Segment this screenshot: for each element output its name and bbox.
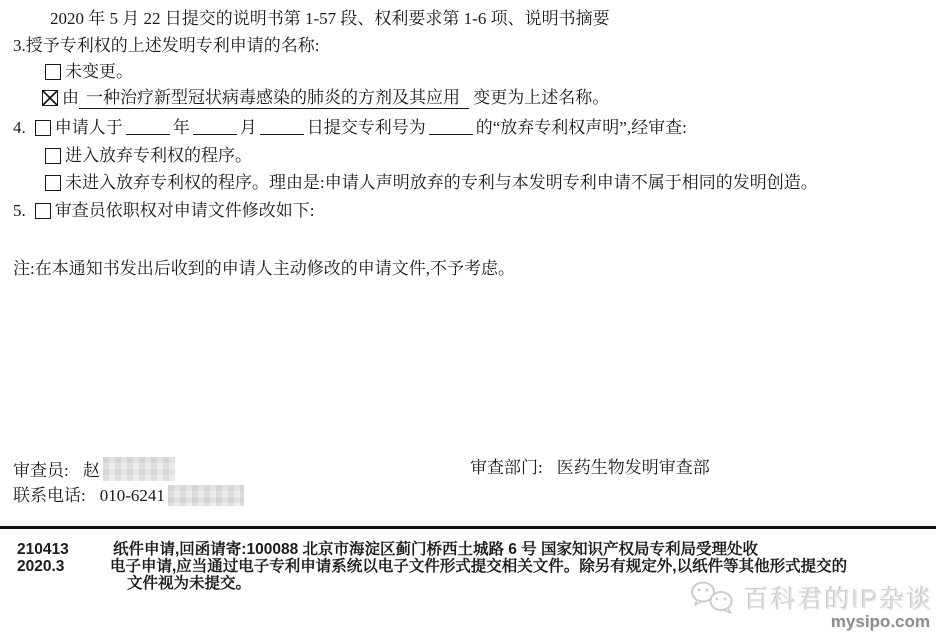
item5-line: 5.审查员依职权对申请文件修改如下: [13, 200, 314, 222]
item3-heading: 3.授予专利权的上述发明专利申请的名称: [13, 35, 319, 57]
electronic-filing-line2: 文件视为未提交。 [127, 573, 251, 595]
item4-option-enter: 进入放弃专利权的程序。 [45, 145, 252, 167]
item4-seg-month: 月 [240, 118, 257, 137]
watermark-brand: 百科君的IP杂谈 [744, 586, 934, 614]
watermark-site: mysipo.com [831, 612, 930, 632]
examiner-label: 审查员: [13, 461, 69, 480]
unchanged-label: 未变更。 [65, 62, 133, 81]
not-enter-procedure-label: 未进入放弃专利权的程序。理由是:申请人声明放弃的专利与本发明专利申请不属于相同的… [65, 173, 818, 192]
phone-redaction [168, 485, 244, 506]
previous-title-field[interactable]: 一种治疗新型冠状病毒感染的肺炎的方剂及其应用 [79, 88, 469, 109]
department-value: 医药生物发明审查部 [557, 458, 710, 477]
not-enter-procedure-checkbox[interactable] [45, 175, 61, 191]
item5-label: 审查员依职权对申请文件修改如下: [55, 201, 315, 220]
patent-number-blank[interactable] [429, 120, 473, 135]
item3-title: 授予专利权的上述发明专利申请的名称: [26, 36, 320, 55]
changed-suffix: 变更为上述名称。 [473, 88, 609, 107]
department-line: 审查部门:医药生物发明审查部 [470, 457, 710, 479]
item3-option-changed: 由一种治疗新型冠状病毒感染的肺炎的方剂及其应用 变更为上述名称。 [42, 87, 609, 109]
item4-number: 4. [13, 117, 26, 139]
wechat-icon [690, 581, 736, 615]
note-line: 注:在本通知书发出后收到的申请人主动修改的申请文件,不予考虑。 [13, 258, 515, 280]
enter-procedure-checkbox[interactable] [45, 148, 61, 164]
day-blank[interactable] [260, 120, 304, 135]
item3-option-unchanged: 未变更。 [45, 61, 133, 83]
unchanged-checkbox[interactable] [45, 64, 61, 80]
footer-divider [0, 526, 936, 529]
item4-checkbox[interactable] [35, 120, 51, 136]
changed-prefix: 由 [62, 88, 79, 107]
item5-number: 5. [13, 200, 26, 222]
intro-line: 2020 年 5 月 22 日提交的说明书第 1-57 段、权利要求第 1-6 … [50, 8, 610, 30]
phone-value: 010-6241 [100, 486, 165, 505]
item4-option-not-enter: 未进入放弃专利权的程序。理由是:申请人声明放弃的专利与本发明专利申请不属于相同的… [45, 172, 818, 194]
examiner-value: 赵 [83, 461, 100, 480]
item4-seg-tail: 的“放弃专利权声明”,经审查: [476, 118, 687, 137]
department-label: 审查部门: [470, 458, 543, 477]
year-blank[interactable] [126, 120, 170, 135]
changed-checkbox[interactable] [42, 90, 58, 106]
enter-procedure-label: 进入放弃专利权的程序。 [65, 146, 252, 165]
patent-notice-document: 2020 年 5 月 22 日提交的说明书第 1-57 段、权利要求第 1-6 … [0, 0, 936, 636]
phone-label: 联系电话: [13, 486, 86, 505]
item4-seg-year: 年 [173, 118, 190, 137]
item4-line: 4.申请人于年月日提交专利号为的“放弃专利权声明”,经审查: [13, 117, 687, 139]
examiner-line: 审查员:赵 [13, 457, 175, 482]
examiner-name-redaction [103, 457, 175, 481]
item4-seg-day: 日提交专利号为 [307, 118, 426, 137]
item4-seg-applicant: 申请人于 [55, 118, 123, 137]
item5-checkbox[interactable] [35, 203, 51, 219]
phone-line: 联系电话:010-6241 [13, 485, 244, 507]
item3-number: 3. [13, 36, 26, 55]
month-blank[interactable] [193, 120, 237, 135]
watermark: 百科君的IP杂谈 [690, 580, 934, 616]
form-date: 2020.3 [17, 556, 64, 578]
